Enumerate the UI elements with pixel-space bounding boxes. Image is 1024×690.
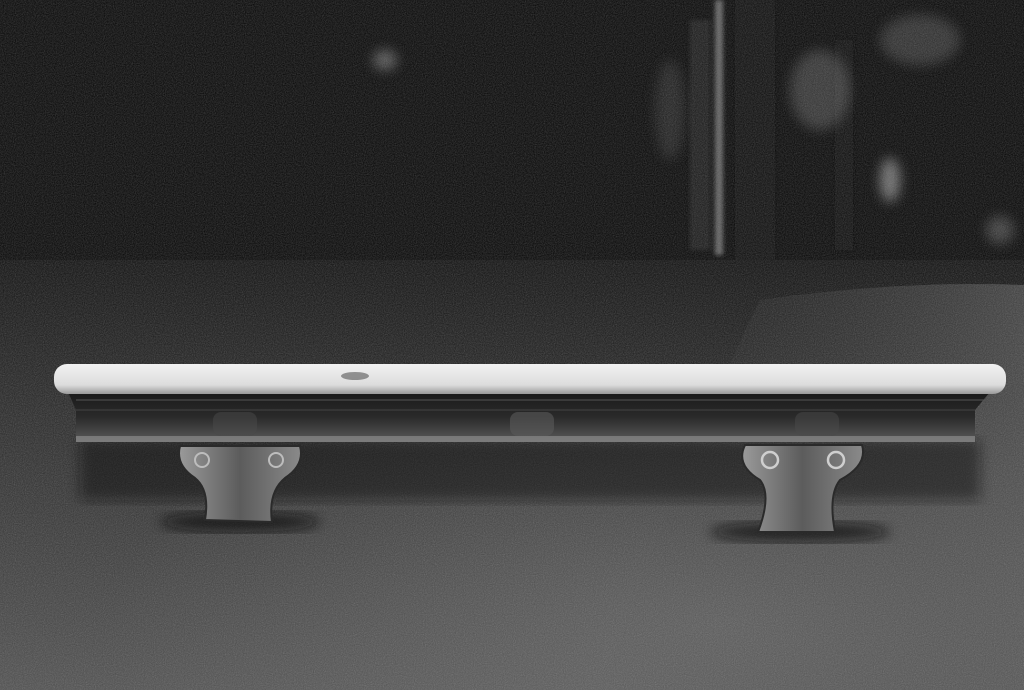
bench-seat (54, 364, 1006, 394)
bench-apron (68, 392, 990, 442)
photograph: Black-and-white photograph of a long sto… (0, 0, 1024, 690)
film-grain (0, 0, 1024, 690)
scene (0, 0, 1024, 690)
